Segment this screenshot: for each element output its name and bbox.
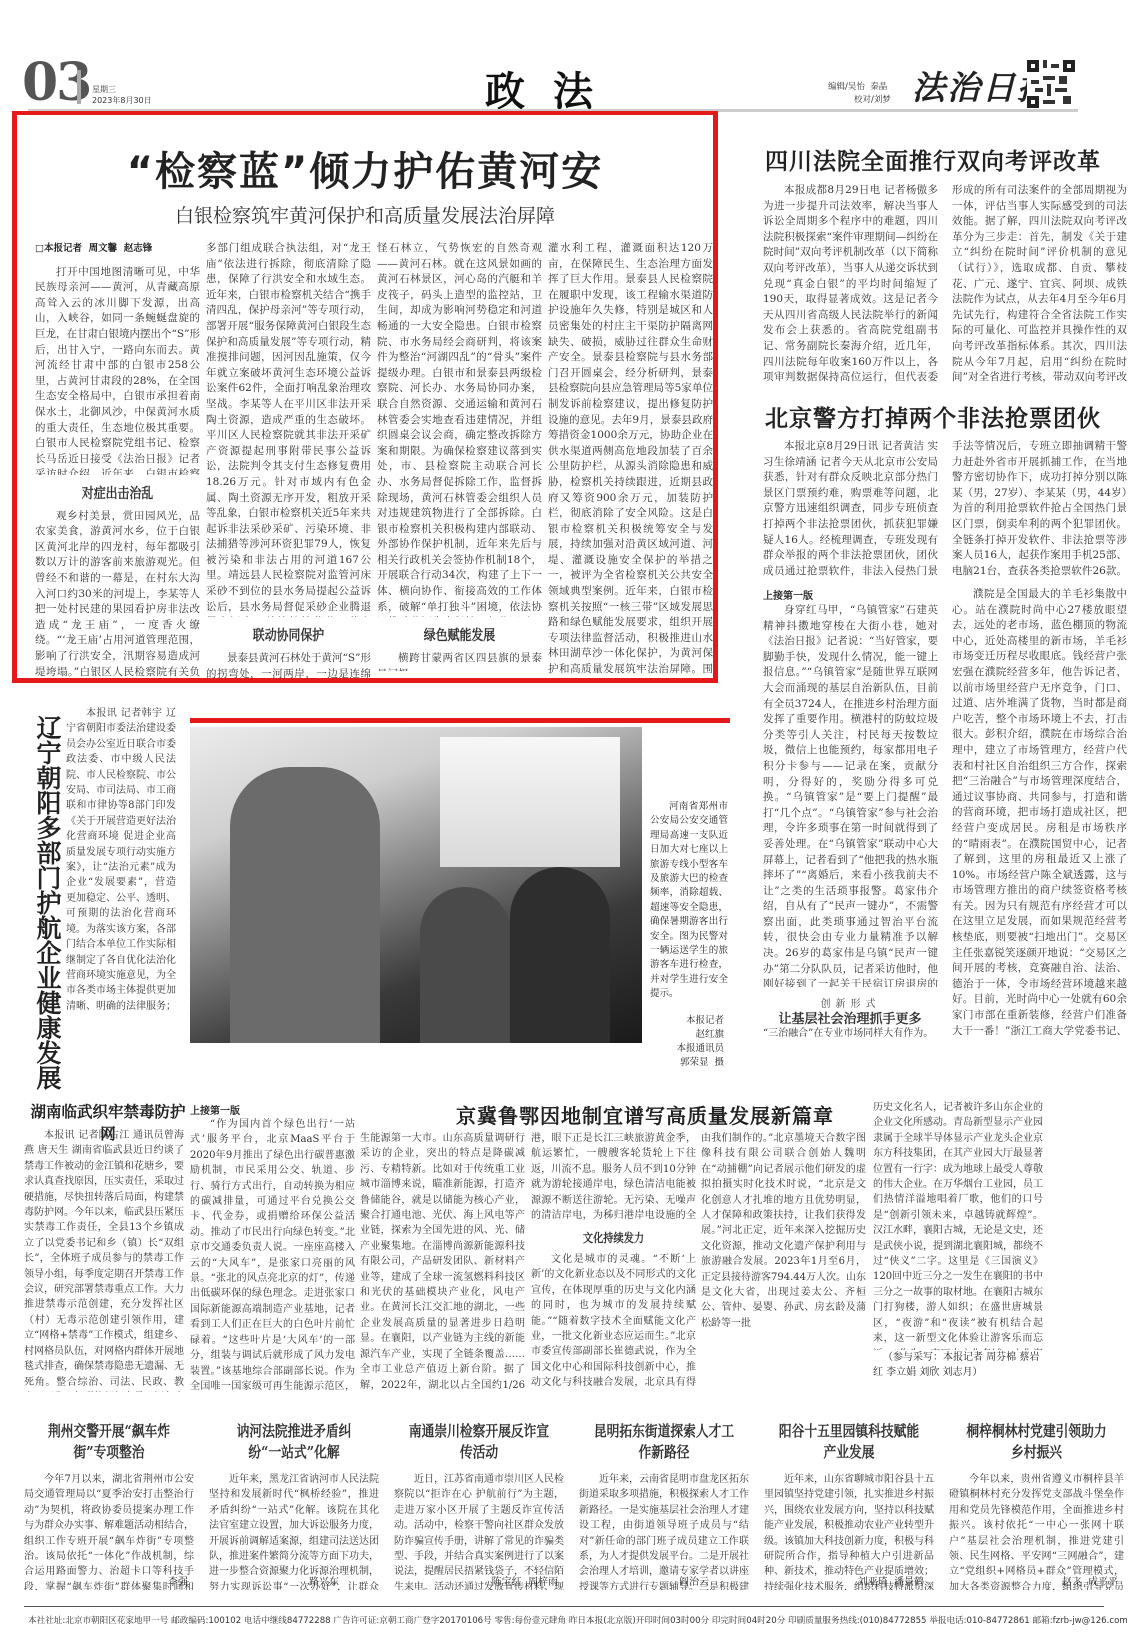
editors: 编辑/吴怡 秦晶 <box>828 80 887 92</box>
wuzhen-section-title: 让基层社会治理抓手更多 <box>755 1008 945 1027</box>
jingjilu-col-3: 港，眼下正是长江三峡旅游黄金季，航运繁忙，一艘艘客轮货轮上下往返，川流不息。服务… <box>531 1131 696 1392</box>
lead-subtitle: 白银检察筑牢黄河保护和高质量发展法治屏障 <box>100 201 630 228</box>
lead-col4-text: 灌水利工程，灌溉面积达120万亩，在保障民生、生态治理方面发挥了巨大作用。景泰县… <box>548 241 713 677</box>
lead-col-2: 多部门组成联合执法组，对“龙王庙”依法进行拆除，彻底清除了隐患，保障了行洪安全和… <box>206 241 371 681</box>
photo-officer-figure <box>230 767 380 1043</box>
jingjilu-col5-text: 历史文化名人，记者被许多山东企业的企业文化所感动。青岛新型显示产业园隶属于全球半… <box>873 1100 1043 1350</box>
lead-headline: “检察蓝”倾力护佑黄河安 <box>60 140 670 197</box>
photo-top-rule <box>190 718 730 723</box>
beijing-col-1: 本报北京8月29日讯 记者黄洁 实习生徐靖涵 记者今天从北京市公安局获悉，针对有… <box>763 439 938 579</box>
lead-col-1: □本报记者 周文馨 赵志锋 打开中国地图清晰可见，中华民族母亲河——黄河，从青藏… <box>35 241 200 681</box>
bottom-items: 荆州交警开展“飙车炸街”专项整治 今年7月以来，湖北省荆州市公安局交通管理局以“… <box>24 1420 1128 1590</box>
wuzhen-col-1c: “三治融合”在专业市场同样大有作为。 <box>763 1026 943 1042</box>
proofreader: 校对/刘梦 <box>854 93 891 105</box>
sichuan-headline: 四川法院全面推行双向考评改革 <box>738 143 1128 176</box>
lead-col-4: 灌水利工程，灌溉面积达120万亩，在保障民生、生态治理方面发挥了巨大作用。景泰县… <box>548 241 713 679</box>
photo-window <box>440 737 620 867</box>
hunan-text: 本报讯 记者阮占江 通讯员曾海燕 唐天生 湖南省临武县近日约谈了禁毒工作被动的金… <box>24 1128 184 1392</box>
lead-section-3: 绿色赋能发展 <box>389 625 529 645</box>
wuzhen-col-2: 濮院是全国最大的羊毛衫集散中心。站在濮院时尚中心27楼放眼望去，远处的老市场，蓝… <box>952 587 1127 1035</box>
qr-code-icon <box>1027 60 1075 108</box>
masthead: 03 星期三 2023年8月30日 政法 编辑/吴怡 秦晶 校对/刘梦 法治日报 <box>0 0 1148 110</box>
issue-date: 2023年8月30日 <box>92 95 152 106</box>
bottom-item-text: 近年来，黑龙江省讷河市人民法院坚持和发展新时代“枫桥经验”，推进矛盾纠纷“一站式… <box>209 1472 379 1590</box>
lead-col1b-text: 观乡村美景，赏田园风光，品农家美食，游黄河水乡，位于白银区黄河北岸的四龙村，每年… <box>35 509 200 681</box>
bottom-item: 阳谷十五里园镇科技赋能产业发展 近年来，山东省聊城市阳谷县十五里园镇坚持党建引领… <box>764 1420 934 1590</box>
bottom-item-author: 李强 <box>168 1573 188 1588</box>
wuzhen-cont-label: 上接第一版 <box>763 587 813 602</box>
bottom-item-title: 昆明拓东街道探索人才工作新路径 <box>592 1420 737 1462</box>
lead-col3-text: 怪石林立，气势恢宏的自然奇观——黄河石林。就在这风景如画的黄河石林景区，河心岛的… <box>377 241 542 617</box>
bottom-item: 讷河法院推进矛盾纠纷“一站式”化解 近年来，黑龙江省讷河市人民法院坚持和发展新时… <box>209 1420 379 1590</box>
jingjilu-col-4: 由我们制作的。”北京墨境天合数字图像科技有限公司联合创始人魏明在“动捕棚”向记者… <box>701 1131 866 1392</box>
liaoning-text: 本报讯 记者韩宇 辽宁省朝阳市委法治建设委员会办公室近日联合市委政法委、市中级人… <box>66 706 176 1014</box>
page-number-rule <box>77 70 81 104</box>
footer-rule <box>24 1606 1104 1607</box>
footer-imprint: 本社社址:北京市朝阳区花家地甲一号 邮政编码:100102 电话中继线84772… <box>28 1614 1128 1626</box>
bottom-item-title: 讷河法院推进矛盾纠纷“一站式”化解 <box>222 1420 367 1462</box>
photo-child-figure <box>420 887 510 1043</box>
jingjilu-section: 文化持续发力 <box>543 1229 683 1246</box>
sichuan-col-1: 本报成都8月29日电 记者杨傲多 为进一步提升司法效率，解决当事人诉讼全周期多个… <box>763 183 938 383</box>
jingjilu-credits: （参与采写：本报记者 周芬棉 蔡岩红 李立娟 刘欣 刘志月） <box>873 1350 1043 1381</box>
lead-col3b-text: 横跨甘蒙两省区四县旗的景泰县河提 <box>377 651 542 671</box>
lead-col2b-text: 景泰县黄河石林处于黄河“S”形的拐弯处，一河两岸，一边是连绵不断的山脉，草木郁郁… <box>206 651 371 681</box>
beijing-col-2: 手法等情况后，专班立即抽调精干警力赶赴外省市开展抓捕工作，在当地警方密切协作下，… <box>952 439 1127 579</box>
bottom-item: 昆明拓东街道探索人才工作新路径 近年来，云南省昆明市盘龙区拓东街道采取多项措施，… <box>579 1420 749 1590</box>
photo-credit-1: 本报记者 <box>660 1012 724 1026</box>
weekday: 星期三 <box>92 84 116 95</box>
jingjilu-col-5: 历史文化名人，记者被许多山东企业的企业文化所感动。青岛新型显示产业园隶属于全球半… <box>873 1100 1043 1392</box>
jingjilu-headline: 京冀鲁鄂因地制宜谱写高质量发展新篇章 <box>380 1100 910 1129</box>
bottom-item: 南通崇川检察开展反诈宣传活动 近日，江苏省南通市崇川区人民检察院以“拒诈在心 护… <box>394 1420 564 1590</box>
bottom-item-title: 荆州交警开展“飙车炸街”专项整治 <box>37 1420 182 1462</box>
bottom-item-title: 南通崇川检察开展反诈宣传活动 <box>407 1420 552 1462</box>
beijing-headline: 北京警方打掉两个非法抢票团伙 <box>738 400 1128 433</box>
lead-byline: □本报记者 周文馨 赵志锋 <box>35 241 200 257</box>
sichuan-col-2: 形成的所有司法案件的全部周期视为一体，评估当事人实际感受到的司法效能。据了解，四… <box>952 183 1127 383</box>
bottom-item-author: 刘亚琦 潘景鹤 <box>858 1573 924 1588</box>
lead-col2-text: 多部门组成联合执法组，对“龙王庙”依法进行拆除，彻底清除了隐患，保障了行洪安全和… <box>206 241 371 617</box>
jingjilu-col-1: “作为国内首个绿色出行‘一站式’服务平台，北京MaaS平台于2020年9月推出了… <box>190 1117 355 1392</box>
lead-col1-text: 打开中国地图清晰可见，中华民族母亲河——黄河，从青藏高原高耸入云的冰川脚下发源，… <box>35 265 200 475</box>
bottom-item-author: 赵飞 成平平 <box>1062 1573 1118 1588</box>
jingjilu-cont-label: 上接第一版 <box>190 1102 240 1117</box>
bottom-item: 荆州交警开展“飙车炸街”专项整治 今年7月以来，湖北省荆州市公安局交通管理局以“… <box>24 1420 194 1590</box>
jingjilu-col3-text: 港，眼下正是长江三峡旅游黄金季，航运繁忙，一艘艘客轮货轮上下往返，川流不息。服务… <box>531 1131 696 1223</box>
lead-section-2: 联动协同保护 <box>218 625 358 645</box>
wuzhen-col-1: 身穿红马甲，“乌镇管家”石建英精神抖擞地穿梭在大街小巷，她对《法治日报》记者说：… <box>763 603 938 987</box>
news-photo <box>190 727 642 1043</box>
lead-col-3: 怪石林立，气势恢宏的自然奇观——黄河石林。就在这风景如画的黄河石林景区，河心岛的… <box>377 241 542 681</box>
jingjilu-col3b-text: 文化是城市的灵魂。“不断‘上新’的文化新业态以及不同形式的文化宣传，在体现厚重的… <box>531 1252 696 1392</box>
photo-credit-3: 本报通讯员 <box>650 1040 724 1054</box>
bottom-item-title: 桐梓桐林村党建引领助力乡村振兴 <box>962 1420 1111 1462</box>
lead-section-1: 对症出击治乱 <box>47 483 187 503</box>
photo-credit-2: 赵红旗 <box>660 1026 724 1040</box>
photo-caption: 河南省郑州市公安局公安交通管理局高速一支队近日加大对七座以上旅游专线小型客车及旅… <box>650 800 728 1010</box>
bottom-item: 桐梓桐林村党建引领助力乡村振兴 今年以来，贵州省遵义市桐梓县羊磴镇桐林村充分发挥… <box>949 1420 1124 1590</box>
bottom-item-author: 路兴东 <box>309 1573 339 1588</box>
bottom-item-title: 阳谷十五里园镇科技赋能产业发展 <box>777 1420 922 1462</box>
liaoning-text-wide-mask <box>24 1016 176 1046</box>
photo-credit-4: 郭荣显 摄 <box>650 1054 724 1068</box>
bottom-item-text: 近年来，云南省昆明市盘龙区拓东街道采取多项措施，积极探索人才工作新路径。一是实施… <box>579 1472 749 1590</box>
bottom-item-author: 陈宝红 周梓雨 <box>492 1573 558 1588</box>
jingjilu-col-2: 生能源第一大市。山东高质量调研行采访的企业，突出的特点是降碳减污、专精特新。比如… <box>360 1131 525 1392</box>
photo-child-figure-2 <box>510 867 610 1043</box>
bottom-item-author: 阎治云 <box>679 1573 709 1588</box>
